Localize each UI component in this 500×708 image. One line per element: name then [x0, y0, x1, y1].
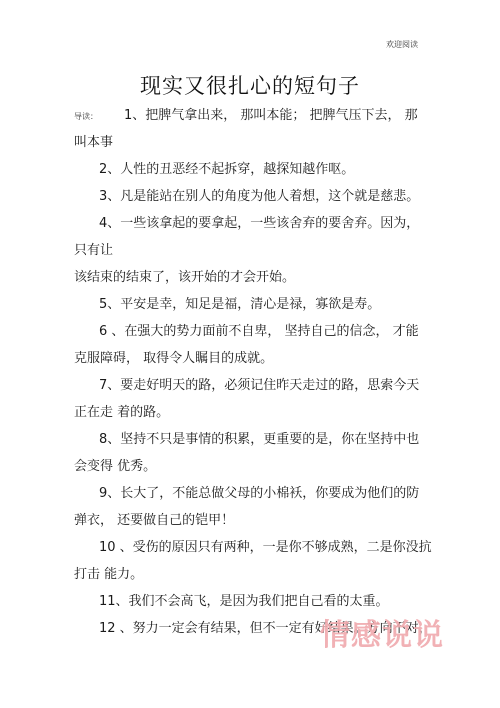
text-line: 叫本事 — [74, 129, 424, 156]
document-body: 导读：1、把脾气拿出来， 那叫本能； 把脾气压下去， 那叫本事2、人性的丑恶经不… — [74, 102, 424, 642]
text-line: 4、一些该拿起的要拿起，一些该舍弃的要舍弃。因为， — [74, 210, 424, 237]
line-text: 6 、在强大的势力面前不自卑， 坚持自己的信念， 才能 — [99, 324, 419, 339]
line-text: 7、要走好明天的路，必须记住昨天走过的路，思索今天 — [99, 378, 419, 393]
text-line: 6 、在强大的势力面前不自卑， 坚持自己的信念， 才能 — [74, 318, 424, 345]
line-text: 该结束的结束了，该开始的才会开始。 — [74, 270, 295, 285]
text-line: 会变得 优秀。 — [74, 453, 424, 480]
line-text: 打击 能力。 — [74, 567, 143, 582]
text-line: 8、坚持不只是事情的积累，更重要的是，你在坚持中也 — [74, 426, 424, 453]
line-text: 4、一些该拿起的要拿起，一些该舍弃的要舍弃。因为， — [99, 216, 419, 231]
line-text: 2、人性的丑恶经不起拆穿，越探知越作呕。 — [99, 162, 354, 177]
text-line: 2、人性的丑恶经不起拆穿，越探知越作呕。 — [74, 156, 424, 183]
header-note: 欢迎阅读 — [386, 39, 418, 50]
line-text: 11、我们不会高飞，是因为我们把自己看的太重。 — [99, 594, 389, 609]
watermark: 情感说说 — [320, 610, 444, 654]
text-line: 打击 能力。 — [74, 561, 424, 588]
line-text: 克服障碍， 取得令人瞩目的成就。 — [74, 351, 273, 366]
text-line: 克服障碍， 取得令人瞩目的成就。 — [74, 345, 424, 372]
text-line: 10 、受伤的原因只有两种，一是你不够成熟，二是你没抗 — [74, 534, 424, 561]
line-text: 5、平安是幸，知足是福，清心是禄，寡欲是寿。 — [99, 297, 380, 312]
text-line: 导读：1、把脾气拿出来， 那叫本能； 把脾气压下去， 那 — [74, 102, 424, 129]
line-text: 8、坚持不只是事情的积累，更重要的是，你在坚持中也 — [99, 432, 419, 447]
text-line: 该结束的结束了，该开始的才会开始。 — [74, 264, 424, 291]
line-text: 会变得 优秀。 — [74, 459, 156, 474]
text-line: 5、平安是幸，知足是福，清心是禄，寡欲是寿。 — [74, 291, 424, 318]
text-line: 3、凡是能站在别人的角度为他人着想，这个就是慈悲。 — [74, 183, 424, 210]
line-text: 只有让 — [74, 243, 113, 258]
line-text: 叫本事 — [74, 135, 113, 150]
line-text: 10 、受伤的原因只有两种，一是你不够成熟，二是你没抗 — [99, 540, 432, 555]
line-text: 弹衣， 还要做自己的铠甲！ — [74, 513, 234, 528]
guide-label: 导读： — [74, 103, 124, 130]
page-title: 现实又很扎心的短句子 — [0, 70, 500, 100]
line-text: 1、把脾气拿出来， 那叫本能； 把脾气压下去， 那 — [124, 108, 418, 123]
line-text: 3、凡是能站在别人的角度为他人着想，这个就是慈悲。 — [99, 189, 419, 204]
text-line: 只有让 — [74, 237, 424, 264]
line-text: 正在走 着的路。 — [74, 405, 169, 420]
text-line: 9、长大了，不能总做父母的小棉袄，你要成为他们的防 — [74, 480, 424, 507]
text-line: 弹衣， 还要做自己的铠甲！ — [74, 507, 424, 534]
text-line: 正在走 着的路。 — [74, 399, 424, 426]
line-text: 9、长大了，不能总做父母的小棉袄，你要成为他们的防 — [99, 486, 419, 501]
text-line: 7、要走好明天的路，必须记住昨天走过的路，思索今天 — [74, 372, 424, 399]
